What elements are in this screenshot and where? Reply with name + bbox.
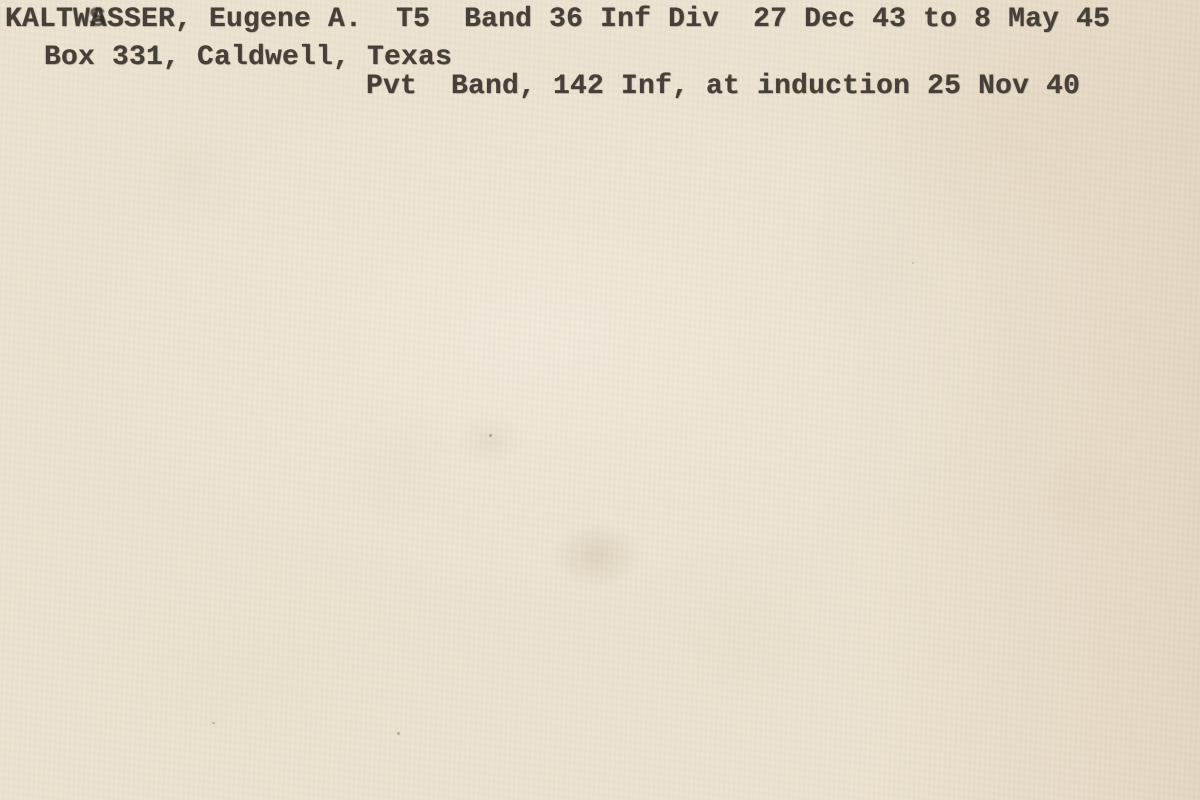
induction-line: Pvt Band, 142 Inf, at induction 25 Nov 4… [366,73,1080,101]
index-card: KALTWASSER, Eugene A. T5 Band 36 Inf Div… [0,0,1200,800]
address-line: Box 331, Caldwell, Texas [44,44,452,72]
paper-stain [455,415,525,465]
paper-speck [912,262,914,264]
paper-texture [0,0,1200,800]
paper-stain [552,522,642,588]
paper-speck [489,434,492,437]
paper-speck [397,732,400,735]
overstrike-mark: S [89,6,106,34]
paper-speck [212,722,215,724]
name-rank-unit-dates-line: KALTWASSER, Eugene A. T5 Band 36 Inf Div… [5,6,1110,34]
paper-mottling [0,0,1200,800]
